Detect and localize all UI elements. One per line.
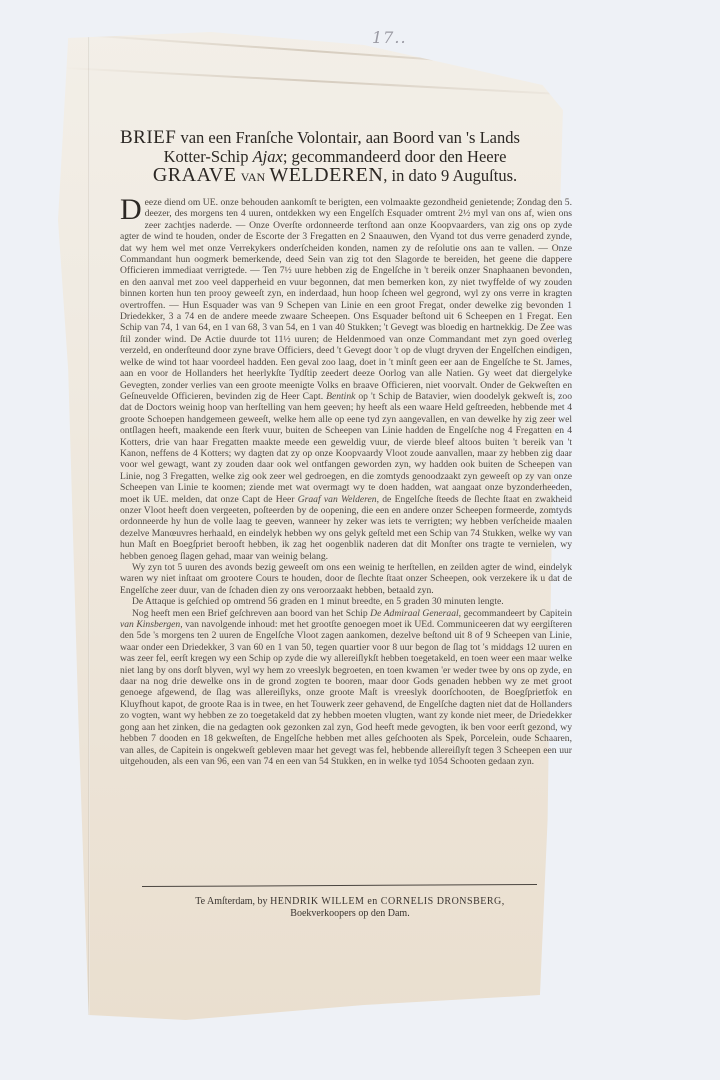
paragraph-4: Nog heeft men een Brief geſchreven aan b…	[120, 608, 572, 768]
fold-crease-top-2	[58, 67, 567, 96]
title-brief: BRIEF	[120, 127, 176, 148]
title-line-3: GRAAVE VAN WELDEREN, in dato 9 Auguſtus.	[120, 166, 550, 187]
name-graaf-van-welderen: Graaf van Welderen	[298, 494, 377, 505]
drop-cap: D	[120, 198, 142, 222]
paragraph-2: Wy zyn tot 5 uuren des avonds bezig gewe…	[120, 562, 572, 596]
paragraph-4-text-c: , van navolgende inhoud: met het grootſt…	[120, 619, 572, 767]
paragraph-1: Deeze diend om UE. onze behouden aankomſ…	[120, 197, 572, 562]
paragraph-4-text-b: , gecommandeert by Capitein	[459, 608, 572, 619]
ship-admiraal-generaal: De Admiraal Generaal	[370, 608, 459, 619]
title-line-1-rest: van een Franſche Volontair, aan Boord va…	[180, 128, 519, 147]
paragraph-1-text-a: eeze diend om UE. onze behouden aankomſt…	[120, 197, 572, 402]
fold-crease-vertical	[88, 20, 90, 1020]
name-van-kinsbergen: van Kinsbergen	[120, 619, 180, 630]
document-title: BRIEF van een Franſche Volontair, aan Bo…	[120, 128, 550, 187]
paragraph-1-text-b: op 't Schip de Batavier, wien doodelyk g…	[120, 391, 572, 505]
imprint-line-1: Te Amſterdam, by HENDRIK WILLEM en CORNE…	[120, 896, 580, 908]
fold-crease-top	[59, 32, 568, 70]
title-line-1: BRIEF van een Franſche Volontair, aan Bo…	[120, 128, 550, 147]
imprint: Te Amſterdam, by HENDRIK WILLEM en CORNE…	[120, 896, 580, 920]
name-bentink: Bentink	[326, 391, 355, 402]
title-date: , in dato 9 Auguſtus.	[383, 166, 517, 185]
title-van: VAN	[241, 170, 265, 184]
paragraph-3: De Attaque is geſchied op omtrend 56 gra…	[120, 596, 572, 607]
title-welderen: WELDEREN	[269, 164, 383, 186]
imprint-line-2: Boekverkoopers op den Dam.	[120, 908, 580, 920]
paragraph-4-text-a: Nog heeft men een Brief geſchreven aan b…	[132, 608, 370, 619]
letter-body: Deeze diend om UE. onze behouden aankomſ…	[120, 197, 572, 767]
title-graave: GRAAVE	[153, 164, 237, 186]
imprint-place: Te Amſterdam, by	[195, 896, 267, 907]
imprint-printers: HENDRIK WILLEM en CORNELIS DRONSBERG,	[270, 896, 505, 907]
handwritten-note: 17..	[372, 28, 407, 47]
